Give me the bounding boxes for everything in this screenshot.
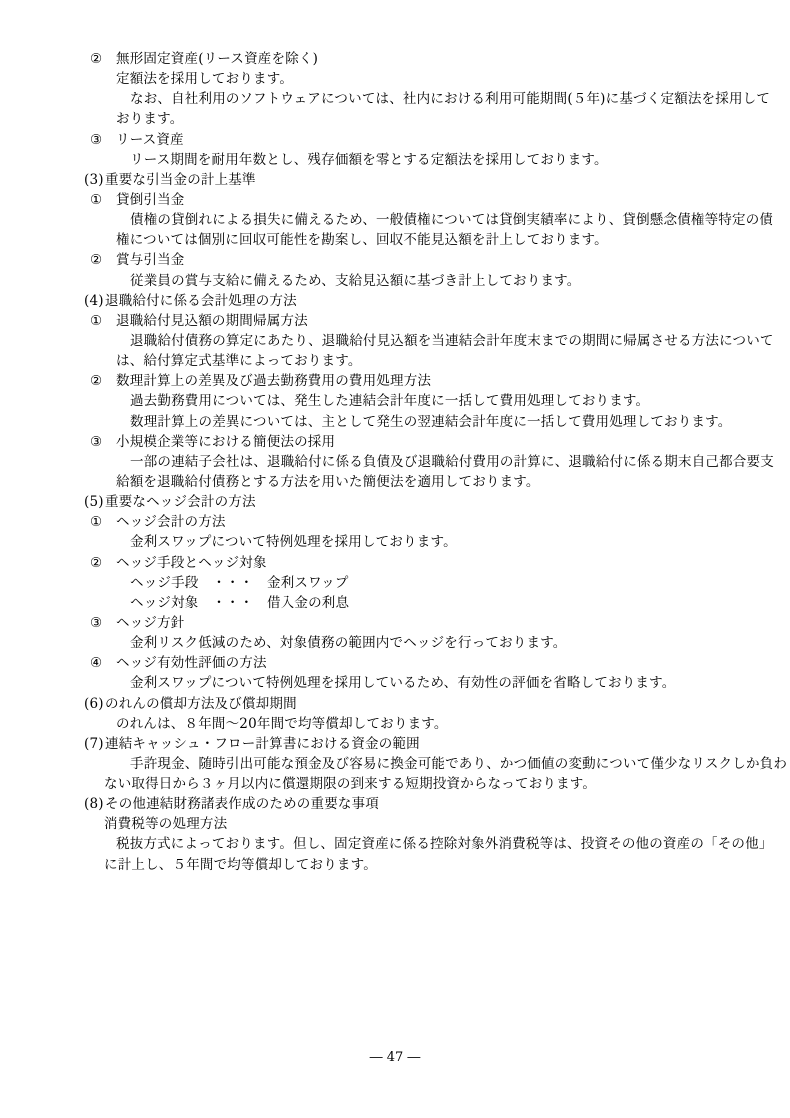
line-text: 無形固定資産(リース資産を除く) (116, 51, 318, 67)
text-line: 消費税等の処理方法 (0, 814, 790, 834)
line-text: 連結キャッシュ・フロー計算書における資金の範囲 (105, 736, 420, 752)
text-line: ①ヘッジ会計の方法 (0, 512, 790, 532)
text-line: ③リース資産 (0, 130, 790, 150)
circled-number-marker: ② (90, 371, 116, 391)
circled-number-marker: ② (90, 553, 116, 573)
text-line: 税抜方式によっております。但し、固定資産に係る控除対象外消費税等は、投資その他の… (0, 834, 790, 854)
text-line: ②数理計算上の差異及び過去勤務費用の費用処理方法 (0, 371, 790, 391)
text-line: 権については個別に回収可能性を勘案し、回収不能見込額を計上しております。 (0, 230, 790, 250)
circled-number-marker: ③ (90, 432, 116, 452)
page-footer: ― 47 ― (0, 1048, 790, 1068)
list-number-marker: (3) (84, 170, 105, 190)
line-text: 退職給付見込額の期間帰属方法 (116, 313, 308, 329)
document-body: ②無形固定資産(リース資産を除く)定額法を採用しております。なお、自社利用のソフ… (0, 49, 790, 875)
list-number-marker: (6) (84, 694, 105, 714)
text-line: リース期間を耐用年数とし、残存価額を零とする定額法を採用しております。 (0, 150, 790, 170)
text-line: ヘッジ対象 ・・・ 借入金の利息 (0, 593, 790, 613)
circled-number-marker: ② (90, 49, 116, 69)
circled-number-marker: ④ (90, 653, 116, 673)
text-line: (3)重要な引当金の計上基準 (0, 170, 790, 190)
document-page: ②無形固定資産(リース資産を除く)定額法を採用しております。なお、自社利用のソフ… (0, 0, 790, 1118)
circled-number-marker: ① (90, 512, 116, 532)
text-line: 給額を退職給付債務とする方法を用いた簡便法を適用しております。 (0, 472, 790, 492)
line-text: 退職給付に係る会計処理の方法 (105, 293, 297, 309)
text-line: 一部の連結子会社は、退職給付に係る負債及び退職給付費用の計算に、退職給付に係る期… (0, 452, 790, 472)
line-text: 重要な引当金の計上基準 (105, 172, 256, 188)
circled-number-marker: ① (90, 190, 116, 210)
text-line: (4)退職給付に係る会計処理の方法 (0, 291, 790, 311)
text-line: ③小規模企業等における簡便法の採用 (0, 432, 790, 452)
line-text: ヘッジ手段とヘッジ対象 (116, 555, 267, 571)
text-line: おります。 (0, 109, 790, 129)
line-text: 重要なヘッジ会計の方法 (105, 494, 256, 510)
circled-number-marker: ③ (90, 130, 116, 150)
line-text: その他連結財務諸表作成のための重要な事項 (105, 796, 379, 812)
circled-number-marker: ② (90, 250, 116, 270)
text-line: (6)のれんの償却方法及び償却期間 (0, 694, 790, 714)
line-text: リース資産 (116, 132, 184, 148)
text-line: 従業員の賞与支給に備えるため、支給見込額に基づき計上しております。 (0, 271, 790, 291)
line-text: 数理計算上の差異及び過去勤務費用の費用処理方法 (116, 373, 431, 389)
text-line: ②賞与引当金 (0, 250, 790, 270)
text-line: (7)連結キャッシュ・フロー計算書における資金の範囲 (0, 734, 790, 754)
text-line: (8)その他連結財務諸表作成のための重要な事項 (0, 794, 790, 814)
text-line: ④ヘッジ有効性評価の方法 (0, 653, 790, 673)
text-line: ③ヘッジ方針 (0, 613, 790, 633)
text-line: 定額法を採用しております。 (0, 69, 790, 89)
text-line: 金利リスク低減のため、対象債務の範囲内でヘッジを行っております。 (0, 633, 790, 653)
text-line: ①貸倒引当金 (0, 190, 790, 210)
list-number-marker: (8) (84, 794, 105, 814)
text-line: 金利スワップについて特例処理を採用しております。 (0, 532, 790, 552)
text-line: (5)重要なヘッジ会計の方法 (0, 492, 790, 512)
line-text: ヘッジ方針 (116, 615, 185, 631)
line-text: 小規模企業等における簡便法の採用 (116, 434, 335, 450)
text-line: 債権の貸倒れによる損失に備えるため、一般債権については貸倒実績率により、貸倒懸念… (0, 210, 790, 230)
line-text: ヘッジ有効性評価の方法 (116, 655, 267, 671)
text-line: ①退職給付見込額の期間帰属方法 (0, 311, 790, 331)
circled-number-marker: ① (90, 311, 116, 331)
text-line: ない取得日から３ヶ月以内に償還期限の到来する短期投資からなっております。 (0, 774, 790, 794)
text-line: 退職給付債務の算定にあたり、退職給付見込額を当連結会計年度末までの期間に帰属させ… (0, 331, 790, 351)
text-line: ヘッジ手段 ・・・ 金利スワップ (0, 573, 790, 593)
page-number: ― 47 ― (370, 1050, 421, 1065)
line-text: ヘッジ会計の方法 (116, 514, 226, 530)
text-line: は、給付算定式基準によっております。 (0, 351, 790, 371)
text-line: 手許現金、随時引出可能な預金及び容易に換金可能であり、かつ価値の変動について僅少… (0, 754, 790, 774)
list-number-marker: (4) (84, 291, 105, 311)
text-line: 金利スワップについて特例処理を採用しているため、有効性の評価を省略しております。 (0, 673, 790, 693)
line-text: のれんの償却方法及び償却期間 (105, 696, 297, 712)
circled-number-marker: ③ (90, 613, 116, 633)
text-line: 数理計算上の差異については、主として発生の翌連結会計年度に一括して費用処理してお… (0, 412, 790, 432)
line-text: 貸倒引当金 (116, 192, 185, 208)
list-number-marker: (5) (84, 492, 105, 512)
line-text: 賞与引当金 (116, 252, 185, 268)
text-line: 過去勤務費用については、発生した連結会計年度に一括して費用処理しております。 (0, 391, 790, 411)
text-line: ②ヘッジ手段とヘッジ対象 (0, 553, 790, 573)
list-number-marker: (7) (84, 734, 105, 754)
text-line: なお、自社利用のソフトウェアについては、社内における利用可能期間(５年)に基づく… (0, 89, 790, 109)
text-line: のれんは、８年間～20年間で均等償却しております。 (0, 714, 790, 734)
text-line: ②無形固定資産(リース資産を除く) (0, 49, 790, 69)
text-line: に計上し、５年間で均等償却しております。 (0, 855, 790, 875)
